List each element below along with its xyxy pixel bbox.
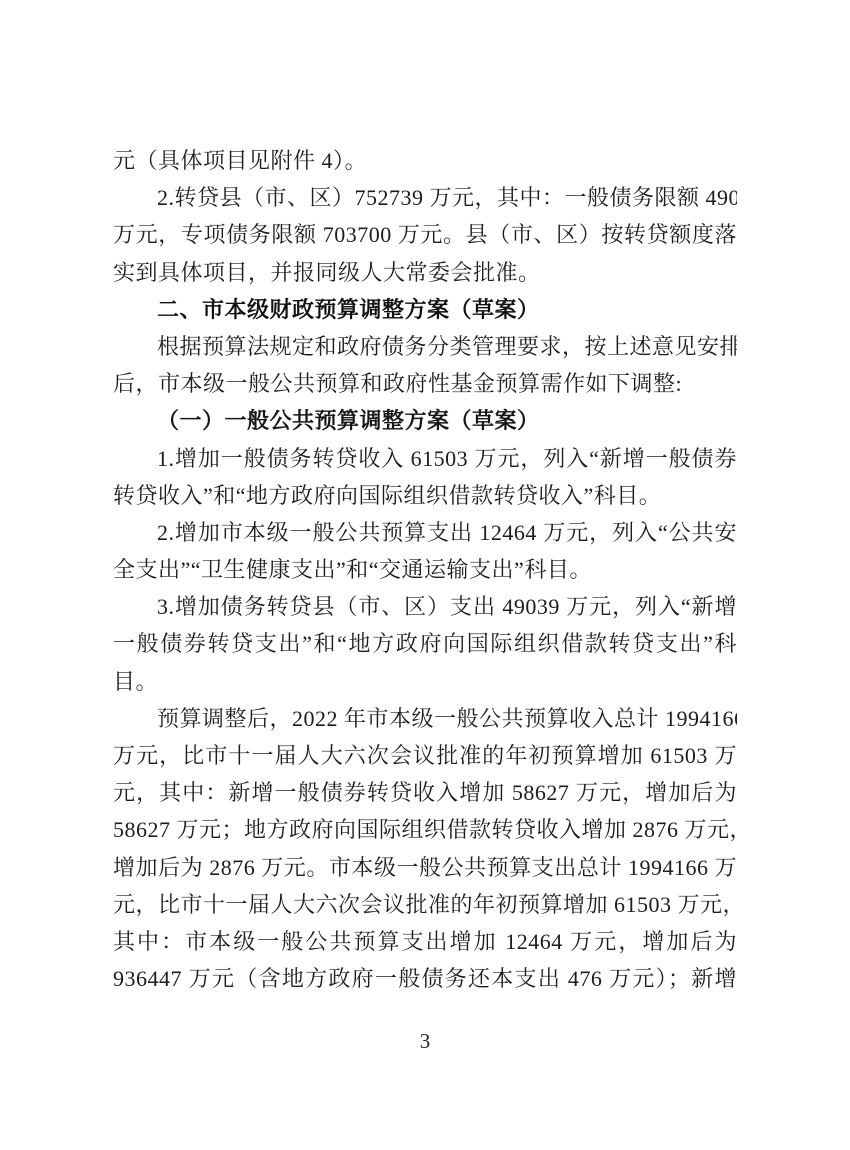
text-line: 3.增加债务转贷县（市、区）支出 49039 万元，列入“新增 xyxy=(113,588,737,625)
text-line: 1.增加一般债务转贷收入 61503 万元，列入“新增一般债券 xyxy=(113,440,737,477)
text-line: 2.转贷县（市、区）752739 万元，其中：一般债务限额 49039 xyxy=(113,179,737,216)
text-line: 根据预算法规定和政府债务分类管理要求，按上述意见安排 xyxy=(113,328,737,365)
text-line: 一般债券转贷支出”和“地方政府向国际组织借款转贷支出”科 xyxy=(113,625,737,662)
text-line: 其中：市本级一般公共预算支出增加 12464 万元，增加后为 xyxy=(113,923,737,960)
text-line: 936447 万元（含地方政府一般债务还本支出 476 万元）；新增 xyxy=(113,960,737,997)
text-line: 增加后为 2876 万元。市本级一般公共预算支出总计 1994166 万 xyxy=(113,849,737,886)
text-line: 万元，比市十一届人大六次会议批准的年初预算增加 61503 万 xyxy=(113,737,737,774)
section-heading: 二、市本级财政预算调整方案（草案） xyxy=(113,291,737,328)
page-number: 3 xyxy=(0,1026,850,1056)
text-line: 元，其中：新增一般债券转贷收入增加 58627 万元，增加后为 xyxy=(113,774,737,811)
document-page: 元（具体项目见附件 4）。 2.转贷县（市、区）752739 万元，其中：一般债… xyxy=(0,0,850,1150)
document-body: 元（具体项目见附件 4）。 2.转贷县（市、区）752739 万元，其中：一般债… xyxy=(113,142,737,997)
subsection-heading: （一）一般公共预算调整方案（草案） xyxy=(113,402,737,439)
text-line: 万元，专项债务限额 703700 万元。县（市、区）按转贷额度落 xyxy=(113,216,737,253)
text-line: 实到具体项目，并报同级人大常委会批准。 xyxy=(113,254,737,291)
text-line: 元（具体项目见附件 4）。 xyxy=(113,142,737,179)
text-line: 转贷收入”和“地方政府向国际组织借款转贷收入”科目。 xyxy=(113,477,737,514)
text-line: 预算调整后，2022 年市本级一般公共预算收入总计 1994166 xyxy=(113,700,737,737)
text-line: 2.增加市本级一般公共预算支出 12464 万元，列入“公共安 xyxy=(113,514,737,551)
text-line: 58627 万元；地方政府向国际组织借款转贷收入增加 2876 万元， xyxy=(113,811,737,848)
text-line: 后，市本级一般公共预算和政府性基金预算需作如下调整: xyxy=(113,365,737,402)
text-line: 目。 xyxy=(113,663,737,700)
text-line: 元，比市十一届人大六次会议批准的年初预算增加 61503 万元， xyxy=(113,886,737,923)
text-line: 全支出”“卫生健康支出”和“交通运输支出”科目。 xyxy=(113,551,737,588)
